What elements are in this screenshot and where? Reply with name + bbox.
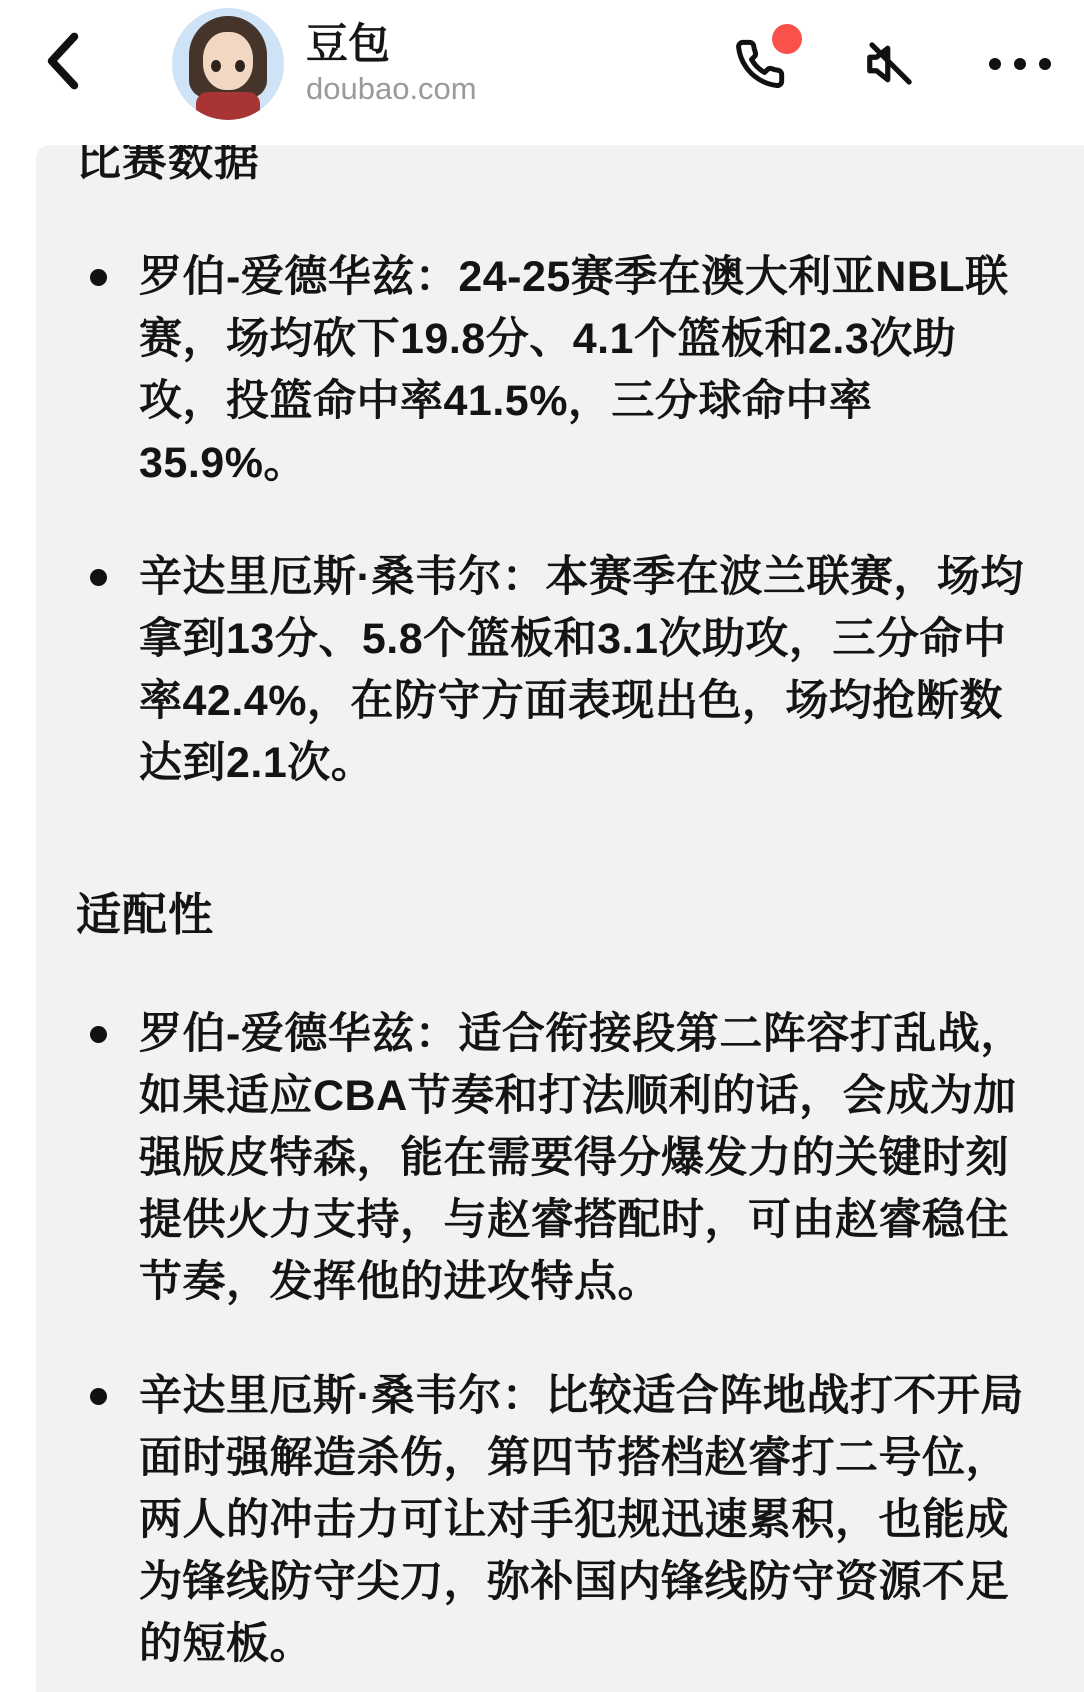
player-name: 辛达里厄斯·桑韦尔： [139,1372,545,1420]
speaker-muted-icon [863,37,917,91]
contact-title-block: 豆包 doubao.com [306,20,477,107]
player-stats-text: 辛达里厄斯·桑韦尔：本赛季在波兰联赛，场均拿到13分、5.8个篮板和3.1次助攻… [139,546,1038,794]
list-item: 罗伯-爱德华兹：适合衔接段第二阵容打乱战，如果适应CBA节奏和打法顺利的话，会成… [76,1003,1038,1313]
bullet-icon [90,1388,107,1405]
player-name: 罗伯-爱德华兹： [139,253,458,301]
avatar-eye [211,60,221,72]
ellipsis-icon [989,58,1051,70]
avatar-scarf [196,92,260,120]
more-menu-button[interactable] [992,36,1048,92]
player-name: 辛达里厄斯·桑韦尔： [139,553,545,601]
player-fit-text: 辛达里厄斯·桑韦尔：比较适合阵地战打不开局面时强解造杀伤，第四节搭档赵睿打二号位… [139,1365,1038,1675]
contact-domain: doubao.com [306,70,477,107]
notification-dot [772,24,802,54]
contact-name: 豆包 [306,20,477,68]
player-stats-text: 罗伯-爱德华兹：24-25赛季在澳大利亚NBL联赛，场均砍下19.8分、4.1个… [139,246,1038,494]
back-button[interactable] [40,29,100,99]
section-heading-fit: 适配性 [76,878,1038,943]
bullet-icon [90,569,107,586]
avatar-face [203,32,253,90]
bullet-icon [90,1026,107,1043]
player-fit-text: 罗伯-爱德华兹：适合衔接段第二阵容打乱战，如果适应CBA节奏和打法顺利的话，会成… [139,1003,1038,1313]
bullet-icon [90,269,107,286]
list-item: 辛达里厄斯·桑韦尔：比较适合阵地战打不开局面时强解造杀伤，第四节搭档赵睿打二号位… [76,1365,1038,1675]
chevron-left-icon [40,29,86,98]
list-item: 辛达里厄斯·桑韦尔：本赛季在波兰联赛，场均拿到13分、5.8个篮板和3.1次助攻… [76,546,1038,794]
fit-analysis-list: 罗伯-爱德华兹：适合衔接段第二阵容打乱战，如果适应CBA节奏和打法顺利的话，会成… [76,1003,1038,1675]
avatar [172,8,284,120]
voice-call-button[interactable] [732,36,788,92]
top-nav-bar: 豆包 doubao.com [0,0,1084,145]
match-data-list: 罗伯-爱德华兹：24-25赛季在澳大利亚NBL联赛，场均砍下19.8分、4.1个… [76,246,1038,794]
section-heading-match-data: 比赛数据 [76,145,1038,188]
chat-content-area: 比赛数据 罗伯-爱德华兹：24-25赛季在澳大利亚NBL联赛，场均砍下19.8分… [0,145,1084,1692]
mute-button[interactable] [862,36,918,92]
list-item: 罗伯-爱德华兹：24-25赛季在澳大利亚NBL联赛，场均砍下19.8分、4.1个… [76,246,1038,494]
avatar-eye [235,60,245,72]
player-name: 罗伯-爱德华兹： [139,1010,458,1058]
shared-message-card: 比赛数据 罗伯-爱德华兹：24-25赛季在澳大利亚NBL联赛，场均砍下19.8分… [36,145,1084,1692]
nav-actions [732,36,1048,92]
